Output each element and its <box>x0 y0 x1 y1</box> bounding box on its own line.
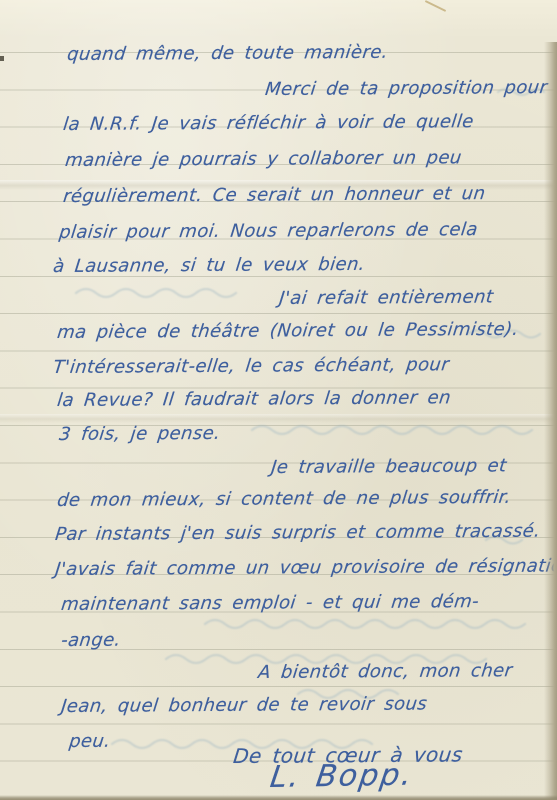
letter-line: de mon mieux, si content de ne plus souf… <box>56 487 512 511</box>
letter-line: régulièrement. Ce serait un honneur et u… <box>62 183 487 207</box>
letter-line: -ange. <box>60 630 122 651</box>
letter-line: quand même, de toute manière. <box>66 42 389 65</box>
letter-line: la N.R.f. Je vais réfléchir à voir de qu… <box>62 111 475 135</box>
letter-line: la Revue? Il faudrait alors la donner en <box>56 387 452 411</box>
letter-line: Jean, quel bonheur de te revoir sous <box>60 693 428 717</box>
signature: L. Bopp. <box>268 758 416 795</box>
letter-body: quand même, de toute manière.Merci de ta… <box>0 0 557 800</box>
scanned-letter-page: quand même, de toute manière.Merci de ta… <box>0 0 557 800</box>
letter-line: manière je pourrais y collaborer un peu <box>64 147 463 171</box>
letter-line: 3 fois, je pense. <box>58 423 222 445</box>
letter-line: à Lausanne, si tu le veux bien. <box>52 254 366 277</box>
letter-line: maintenant sans emploi - et qui me dém- <box>60 591 480 615</box>
letter-line: J'ai refait entièrement <box>278 287 495 309</box>
letter-line: ma pièce de théâtre (Noiret ou le Pessim… <box>56 319 520 343</box>
letter-line: peu. <box>68 731 112 752</box>
letter-line: A bientôt donc, mon cher <box>257 660 514 683</box>
letter-line: Je travaille beaucoup et <box>270 455 508 478</box>
letter-line: plaisir pour moi. Nous reparlerons de ce… <box>58 219 479 243</box>
letter-line: J'avais fait comme un vœu provisoire de … <box>54 555 557 580</box>
letter-line: Merci de ta proposition pour <box>264 77 549 100</box>
letter-line: T'intéresserait-elle, le cas échéant, po… <box>52 354 450 378</box>
letter-paper: quand même, de toute manière.Merci de ta… <box>0 0 557 800</box>
letter-line: Par instants j'en suis surpris et comme … <box>54 521 542 545</box>
